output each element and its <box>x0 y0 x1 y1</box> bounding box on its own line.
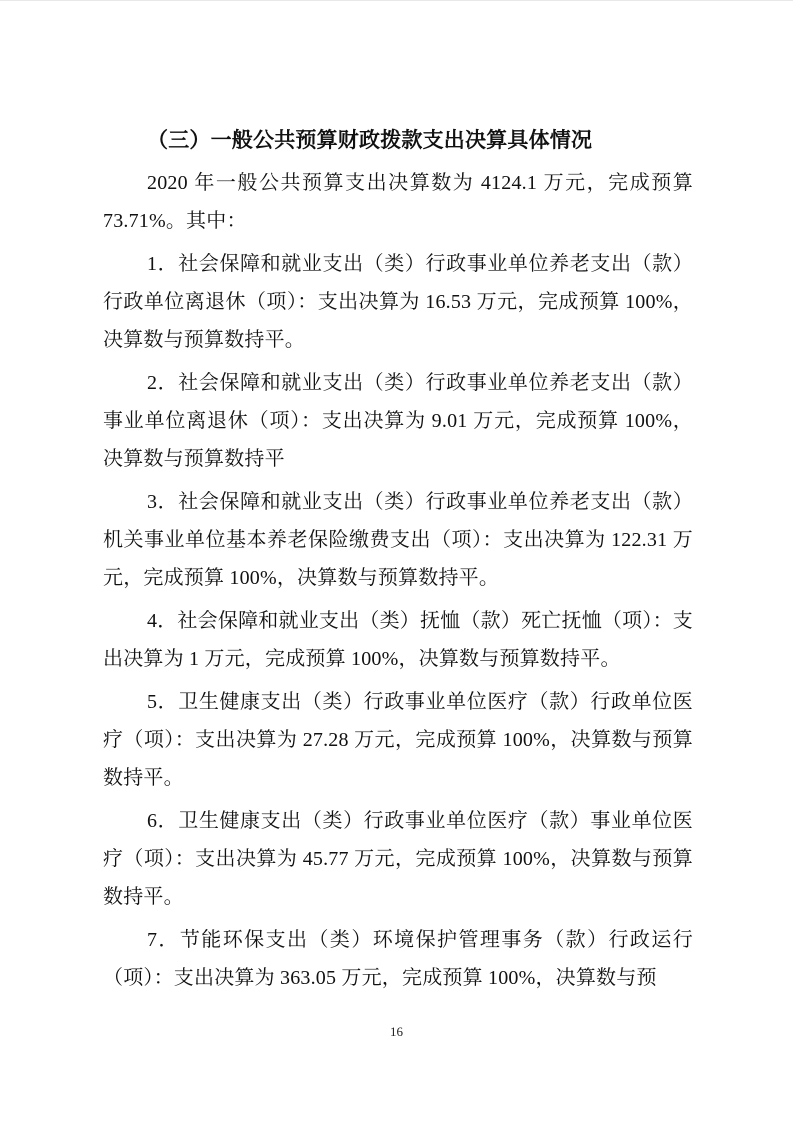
expense-item-5: 5．卫生健康支出（类）行政事业单位医疗（款）行政单位医疗（项）：支出决算为 27… <box>103 683 693 797</box>
expense-item-4: 4．社会保障和就业支出（类）抚恤（款）死亡抚恤（项）：支出决算为 1 万元，完成… <box>103 602 693 678</box>
expense-item-1: 1．社会保障和就业支出（类）行政事业单位养老支出（款）行政单位离退休（项）：支出… <box>103 245 693 359</box>
page-number: 16 <box>0 1025 793 1039</box>
expense-item-7: 7．节能环保支出（类）环境保护管理事务（款）行政运行（项）：支出决算为 363.… <box>103 921 693 997</box>
expense-item-2: 2．社会保障和就业支出（类）行政事业单位养老支出（款）事业单位离退休（项）：支出… <box>103 364 693 478</box>
expense-item-3: 3．社会保障和就业支出（类）行政事业单位养老支出（款）机关事业单位基本养老保险缴… <box>103 483 693 597</box>
document-body: （三）一般公共预算财政拨款支出决算具体情况 2020 年一般公共预算支出决算数为… <box>103 121 693 997</box>
document-page: （三）一般公共预算财政拨款支出决算具体情况 2020 年一般公共预算支出决算数为… <box>0 0 793 1122</box>
intro-paragraph: 2020 年一般公共预算支出决算数为 4124.1 万元，完成预算 73.71%… <box>103 164 693 240</box>
expense-item-6: 6．卫生健康支出（类）行政事业单位医疗（款）事业单位医疗（项）：支出决算为 45… <box>103 802 693 916</box>
section-heading: （三）一般公共预算财政拨款支出决算具体情况 <box>103 121 693 159</box>
